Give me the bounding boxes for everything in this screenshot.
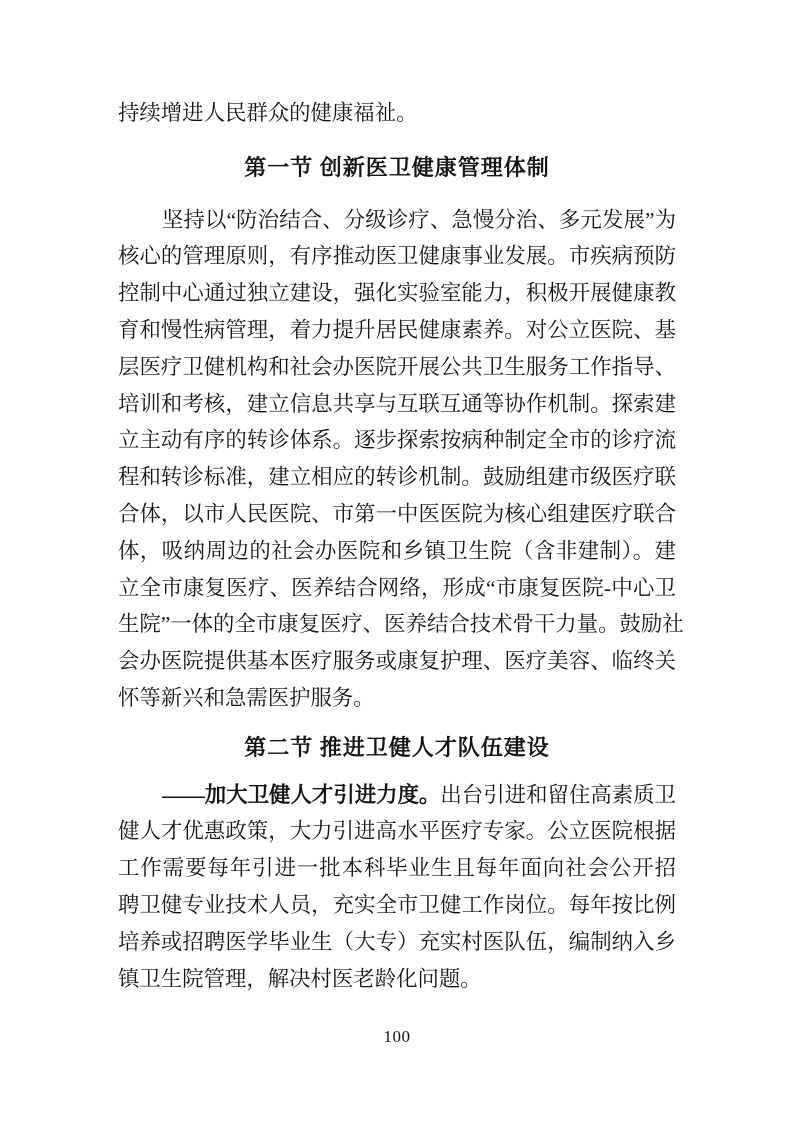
body-line: 层医疗卫健机构和社会办医院开展公共卫生服务工作指导、: [118, 349, 676, 386]
section2-heading: 第二节 推进卫健人才队伍建设: [118, 730, 676, 767]
body-line: 立全市康复医疗、医养结合网络，形成“市康复医院-中心卫: [118, 570, 676, 607]
body-line: ——加大卫健人才引进力度。出台引进和留住高素质卫: [118, 777, 676, 814]
body-line: 会办医院提供基本医疗服务或康复护理、医疗美容、临终关: [118, 643, 676, 680]
body-line: 镇卫生院管理，解决村医老龄化问题。: [118, 961, 676, 998]
body-line: 生院”一体的全市康复医疗、医养结合技术骨干力量。鼓励社: [118, 606, 676, 643]
document-page: 持续增进人民群众的健康福祉。 第一节 创新医卫健康管理体制 坚持以“防治结合、分…: [0, 0, 793, 1122]
body-line: 程和转诊标准，建立相应的转诊机制。鼓励组建市级医疗联: [118, 459, 676, 496]
section1-paragraph: 坚持以“防治结合、分级诊疗、急慢分治、多元发展”为 核心的管理原则，有序推动医卫…: [118, 202, 676, 717]
body-line: 坚持以“防治结合、分级诊疗、急慢分治、多元发展”为: [118, 202, 676, 239]
body-line: 怀等新兴和急需医护服务。: [118, 680, 676, 717]
body-line: 聘卫健专业技术人员，充实全市卫健工作岗位。每年按比例: [118, 887, 676, 924]
page-number: 100: [118, 1019, 676, 1056]
body-line: 体，吸纳周边的社会办医院和乡镇卫生院（含非建制）。建: [118, 533, 676, 570]
section1-heading: 第一节 创新医卫健康管理体制: [118, 150, 676, 187]
section2-paragraph: ——加大卫健人才引进力度。出台引进和留住高素质卫 健人才优惠政策，大力引进高水平…: [118, 777, 676, 998]
intro-line: 持续增进人民群众的健康福祉。: [118, 95, 676, 132]
body-line: 育和慢性病管理，着力提升居民健康素养。对公立医院、基: [118, 312, 676, 349]
body-line: 培训和考核，建立信息共享与互联互通等协作机制。探索建: [118, 386, 676, 423]
paragraph-lead-rest: 出台引进和留住高素质卫: [440, 783, 676, 807]
body-line: 工作需要每年引进一批本科毕业生且每年面向社会公开招: [118, 850, 676, 887]
body-line: 培养或招聘医学毕业生（大专）充实村医队伍，编制纳入乡: [118, 924, 676, 961]
body-line: 立主动有序的转诊体系。逐步探索按病种制定全市的诊疗流: [118, 422, 676, 459]
body-line: 核心的管理原则，有序推动医卫健康事业发展。市疾病预防: [118, 238, 676, 275]
body-line: 控制中心通过独立建设，强化实验室能力，积极开展健康教: [118, 275, 676, 312]
paragraph-lead-bold: ——加大卫健人才引进力度。: [162, 783, 440, 807]
body-line: 合体，以市人民医院、市第一中医医院为核心组建医疗联合: [118, 496, 676, 533]
body-line: 健人才优惠政策，大力引进高水平医疗专家。公立医院根据: [118, 813, 676, 850]
